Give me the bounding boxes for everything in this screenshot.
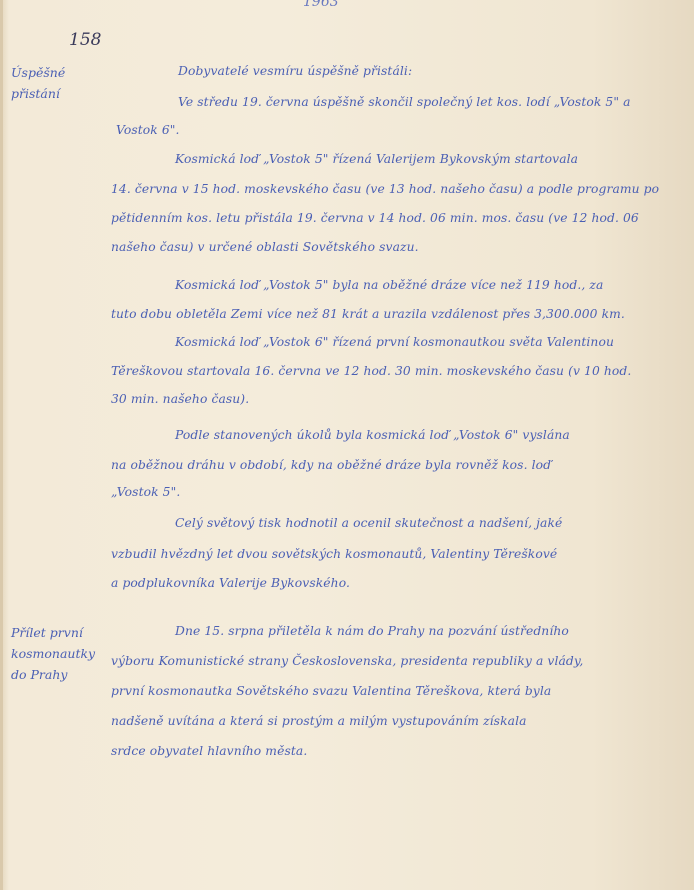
document-page: 1963 158 Úspěšné přistání Přílet první k… bbox=[0, 0, 694, 890]
text-line: Kosmická loď „Vostok 5" byla na oběžné d… bbox=[175, 278, 603, 292]
page-number: 158 bbox=[69, 30, 101, 50]
text-line: Kosmická loď „Vostok 6" řízená první kos… bbox=[175, 335, 614, 349]
margin-note-line: do Prahy bbox=[11, 664, 95, 685]
text-line: tuto dobu obletěla Zemi více než 81 krát… bbox=[111, 307, 625, 321]
text-line: „Vostok 5". bbox=[111, 485, 180, 499]
text-line: Těreškovou startovala 16. června ve 12 h… bbox=[111, 364, 631, 378]
margin-note-landing: Úspěšné přistání bbox=[11, 62, 65, 104]
margin-note-line: Přílet první bbox=[11, 622, 95, 643]
text-line: Dne 15. srpna přiletěla k nám do Prahy n… bbox=[175, 624, 569, 638]
text-line: Podle stanovených úkolů byla kosmická lo… bbox=[175, 428, 570, 442]
text-line: Celý světový tisk hodnotil a ocenil skut… bbox=[175, 516, 562, 530]
text-line: Kosmická loď „Vostok 5" řízená Valerijem… bbox=[175, 152, 578, 166]
text-line: 30 min. našeho času). bbox=[111, 392, 249, 406]
text-line: Ve středu 19. června úspěšně skončil spo… bbox=[178, 95, 631, 109]
text-line: výboru Komunistické strany Československ… bbox=[111, 654, 583, 668]
margin-note-line: kosmonautky bbox=[11, 643, 95, 664]
text-line: našeho času) v určené oblasti Sovětského… bbox=[111, 240, 419, 254]
text-line: Vostok 6". bbox=[116, 123, 180, 137]
margin-note-line: Úspěšné bbox=[11, 62, 65, 83]
text-line: a podplukovníka Valerije Bykovského. bbox=[111, 576, 350, 590]
margin-note-visit-prague: Přílet první kosmonautky do Prahy bbox=[11, 622, 95, 685]
year-heading: 1963 bbox=[303, 0, 339, 10]
text-line: první kosmonautka Sovětského svazu Valen… bbox=[111, 684, 551, 698]
text-line: srdce obyvatel hlavního města. bbox=[111, 744, 307, 758]
text-line: nadšeně uvítána a která si prostým a mil… bbox=[111, 714, 527, 728]
heading-line: Dobyvatelé vesmíru úspěšně přistáli: bbox=[178, 64, 412, 78]
text-line: 14. června v 15 hod. moskevského času (v… bbox=[111, 182, 659, 196]
text-line: vzbudil hvězdný let dvou sovětských kosm… bbox=[111, 547, 557, 561]
text-line: na oběžnou dráhu v období, kdy na oběžné… bbox=[111, 458, 551, 472]
margin-note-line: přistání bbox=[11, 83, 65, 104]
text-line: pětidenním kos. letu přistála 19. června… bbox=[111, 211, 639, 225]
